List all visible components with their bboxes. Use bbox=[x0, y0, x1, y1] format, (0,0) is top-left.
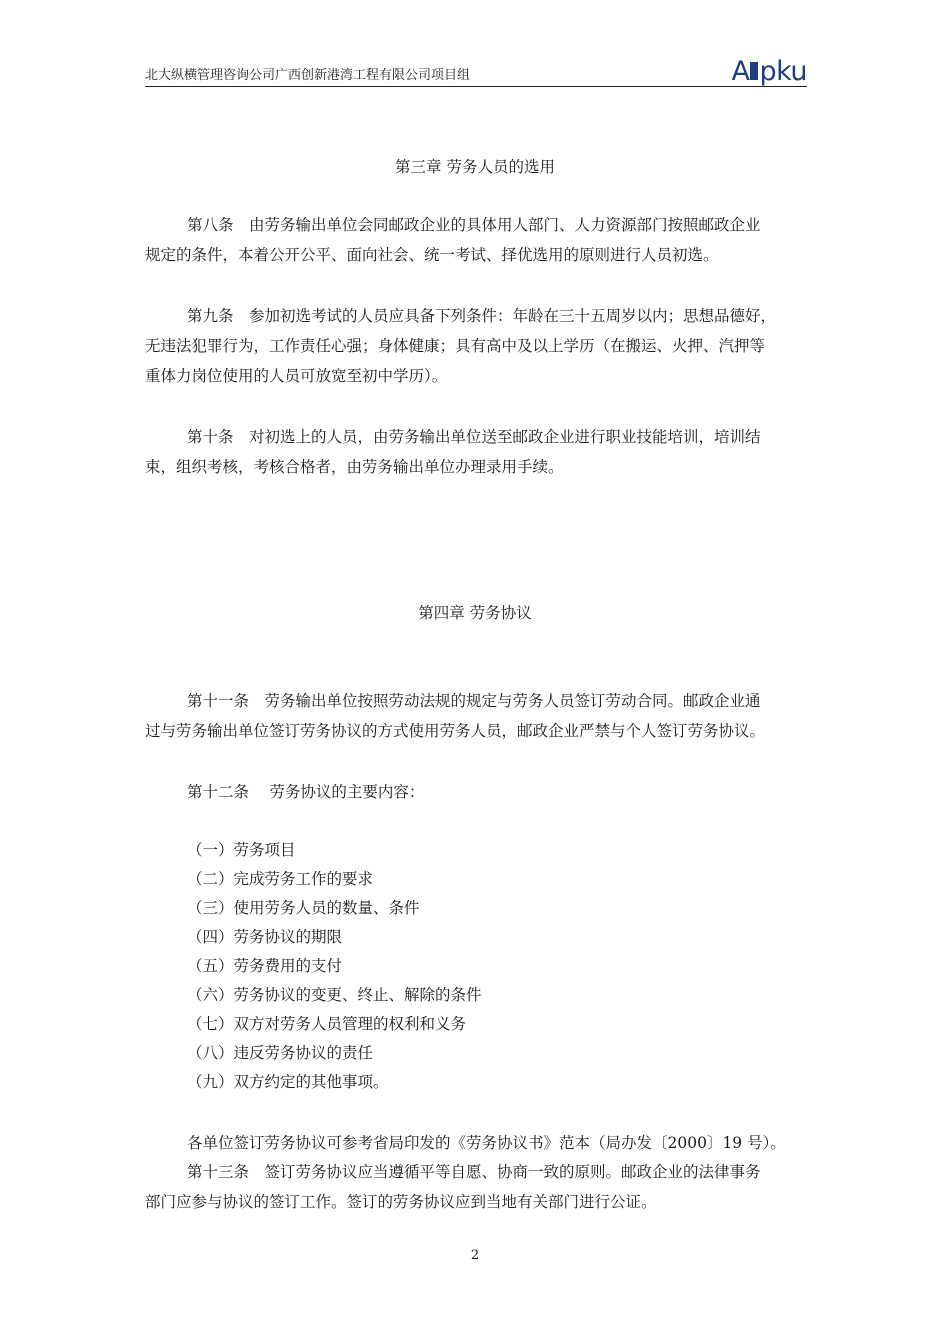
article-12-item: （二）完成劳务工作的要求 bbox=[187, 869, 373, 889]
article-9-line-1: 第九条 参加初选考试的人员应具备下列条件：年龄在三十五周岁以内；思想品德好， bbox=[187, 306, 776, 326]
article-12-item: （三）使用劳务人员的数量、条件 bbox=[187, 898, 420, 918]
article-12-intro: 第十二条 劳务协议的主要内容： bbox=[187, 782, 424, 802]
logo-letter-a: A bbox=[731, 56, 749, 87]
article-12-item: （五）劳务费用的支付 bbox=[187, 956, 342, 976]
header-org-text: 北大纵横管理咨询公司广西创新港湾工程有限公司项目组 bbox=[145, 64, 470, 83]
article-8-line-1: 第八条 由劳务输出单位会同邮政企业的具体用人部门、人力资源部门按照邮政企业 bbox=[187, 215, 761, 235]
article-12-item: （一）劳务项目 bbox=[187, 840, 296, 860]
article-9-line-2: 无违法犯罪行为，工作责任心强；身体健康；具有高中及以上学历（在搬运、火押、汽押等 bbox=[145, 336, 765, 356]
article-13-line-1: 第十三条 签订劳务协议应当遵循平等自愿、协商一致的原则。邮政企业的法律事务 bbox=[187, 1162, 761, 1182]
article-12-item: （九）双方约定的其他事项。 bbox=[187, 1072, 389, 1092]
article-8-line-2: 规定的条件，本着公开公平、面向社会、统一考试、择优选用的原则进行人员初选。 bbox=[145, 245, 719, 265]
allpku-logo: Apku bbox=[731, 58, 807, 85]
article-11-line-1: 第十一条 劳务输出单位按照劳动法规的规定与劳务人员签订劳动合同。邮政企业通 bbox=[187, 691, 761, 711]
article-11-line-2: 过与劳务输出单位签订劳务协议的方式使用劳务人员，邮政企业严禁与个人签订劳务协议。 bbox=[145, 721, 765, 741]
article-10-line-1: 第十条 对初选上的人员，由劳务输出单位送至邮政企业进行职业技能培训，培训结 bbox=[187, 427, 761, 447]
page-header: 北大纵横管理咨询公司广西创新港湾工程有限公司项目组 Apku bbox=[145, 60, 807, 87]
article-13-line-2: 部门应参与协议的签订工作。签订的劳务协议应到当地有关部门进行公证。 bbox=[145, 1192, 657, 1212]
page-number: 2 bbox=[0, 1248, 950, 1263]
article-10-line-2: 束，组织考核，考核合格者，由劳务输出单位办理录用手续。 bbox=[145, 457, 564, 477]
article-12-item: （六）劳务协议的变更、终止、解除的条件 bbox=[187, 985, 482, 1005]
chapter-4-title: 第四章 劳务协议 bbox=[0, 603, 950, 623]
article-12-item: （七）双方对劳务人员管理的权利和义务 bbox=[187, 1014, 466, 1034]
chapter-3-title: 第三章 劳务人员的选用 bbox=[0, 157, 950, 177]
article-12-item: （四）劳务协议的期限 bbox=[187, 927, 342, 947]
logo-text-pku: pku bbox=[759, 56, 807, 87]
article-12-item: （八）违反劳务协议的责任 bbox=[187, 1043, 373, 1063]
article-9-line-3: 重体力岗位使用的人员可放宽至初中学历）。 bbox=[145, 366, 447, 386]
logo-bar-icon bbox=[750, 62, 758, 80]
article-12-note: 各单位签订劳务协议可参考省局印发的《劳务协议书》范本（局办发〔2000〕19 号… bbox=[187, 1133, 786, 1153]
